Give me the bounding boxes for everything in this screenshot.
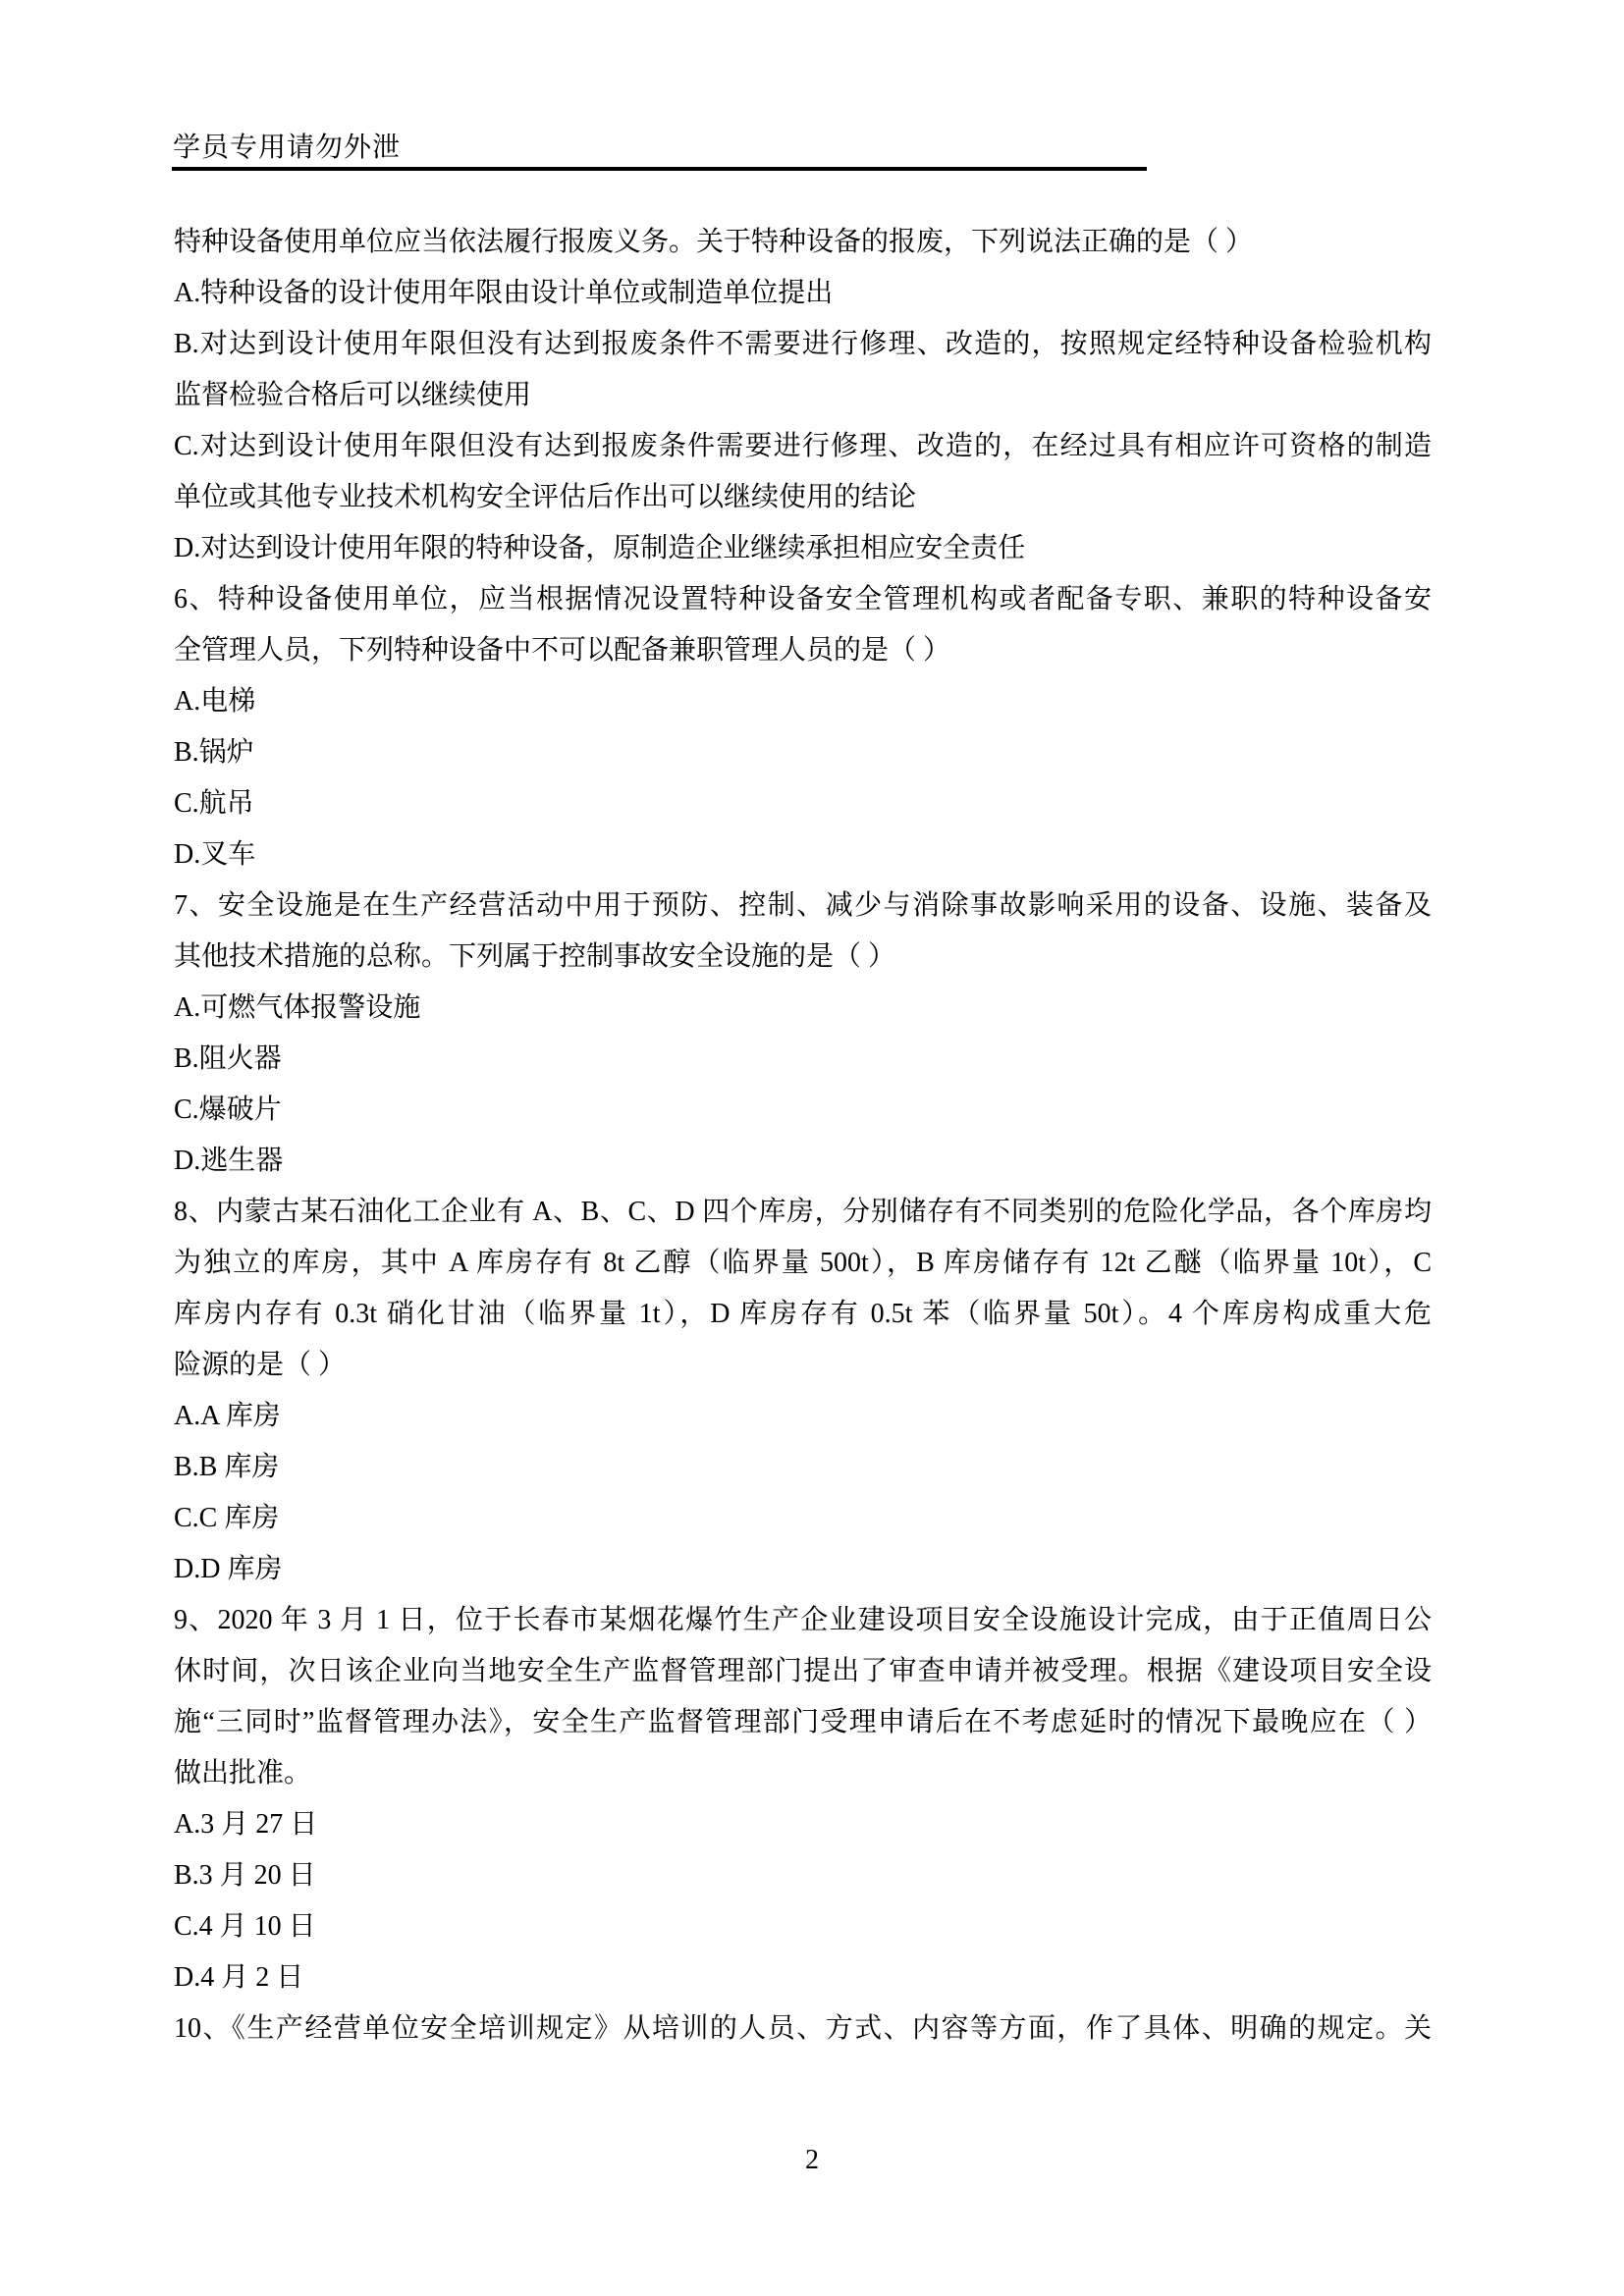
stem-continuation: 险源的是（ ） (174, 1340, 1432, 1391)
option: D.对达到设计使用年限的特种设备，原制造企业继续承担相应安全责任 (174, 523, 1432, 574)
question-text-block: 特种设备使用单位应当依法履行报废义务。关于特种设备的报废，下列说法正确的是（ ）… (174, 217, 1432, 2055)
option: A.A 库房 (174, 1391, 1432, 1442)
option: C.对达到设计使用年限但没有达到报废条件需要进行修理、改造的，在经过具有相应许可… (174, 421, 1432, 472)
question-stem: 6、特种设备使用单位，应当根据情况设置特种设备安全管理机构或者配备专职、兼职的特… (174, 574, 1432, 625)
option: B.对达到设计使用年限但没有达到报废条件不需要进行修理、改造的，按照规定经特种设… (174, 319, 1432, 370)
question-stem: 10、《生产经营单位安全培训规定》从培训的人员、方式、内容等方面，作了具体、明确… (174, 2003, 1432, 2055)
stem-continuation: 做出批准。 (174, 1748, 1432, 1799)
option: A.3 月 27 日 (174, 1799, 1432, 1850)
option: A.特种设备的设计使用年限由设计单位或制造单位提出 (174, 268, 1432, 319)
header-rule (172, 167, 1147, 171)
option: C.航吊 (174, 778, 1432, 829)
option: A.可燃气体报警设施 (174, 983, 1432, 1034)
question-stem: 8、内蒙古某石油化工企业有 A、B、C、D 四个库房，分别储存有不同类别的危险化… (174, 1187, 1432, 1238)
option: B.3 月 20 日 (174, 1850, 1432, 1901)
option: D.D 库房 (174, 1544, 1432, 1595)
option: B.锅炉 (174, 727, 1432, 778)
question-stem: 9、2020 年 3 月 1 日，位于长春市某烟花爆竹生产企业建设项目安全设施设… (174, 1595, 1432, 1646)
option: B.阻火器 (174, 1034, 1432, 1085)
question-stem: 特种设备使用单位应当依法履行报废义务。关于特种设备的报废，下列说法正确的是（ ） (174, 217, 1432, 268)
stem-continuation: 库房内存有 0.3t 硝化甘油（临界量 1t），D 库房存有 0.5t 苯（临界… (174, 1289, 1432, 1340)
option: C.爆破片 (174, 1085, 1432, 1136)
option: D.4 月 2 日 (174, 1952, 1432, 2003)
stem-continuation: 休时间，次日该企业向当地安全生产监督管理部门提出了审查申请并被受理。根据《建设项… (174, 1646, 1432, 1697)
confidential-notice: 学员专用请勿外泄 (173, 131, 401, 164)
page-number: 2 (0, 2144, 1624, 2177)
option-continuation: 单位或其他专业技术机构安全评估后作出可以继续使用的结论 (174, 472, 1432, 523)
option: D.叉车 (174, 829, 1432, 881)
option: B.B 库房 (174, 1442, 1432, 1493)
option: C.4 月 10 日 (174, 1901, 1432, 1952)
stem-continuation: 施“三同时”监督管理办法》，安全生产监督管理部门受理申请后在不考虑延时的情况下最… (174, 1697, 1432, 1748)
option: A.电梯 (174, 676, 1432, 727)
stem-continuation: 为独立的库房，其中 A 库房存有 8t 乙醇（临界量 500t），B 库房储存有… (174, 1238, 1432, 1289)
option: C.C 库房 (174, 1493, 1432, 1544)
stem-continuation: 其他技术措施的总称。下列属于控制事故安全设施的是（ ） (174, 932, 1432, 983)
question-stem: 7、安全设施是在生产经营活动中用于预防、控制、减少与消除事故影响采用的设备、设施… (174, 881, 1432, 932)
option-continuation: 监督检验合格后可以继续使用 (174, 370, 1432, 421)
document-page: 学员专用请勿外泄 特种设备使用单位应当依法履行报废义务。关于特种设备的报废，下列… (0, 0, 1624, 2296)
stem-continuation: 全管理人员，下列特种设备中不可以配备兼职管理人员的是（ ） (174, 625, 1432, 676)
option: D.逃生器 (174, 1136, 1432, 1187)
